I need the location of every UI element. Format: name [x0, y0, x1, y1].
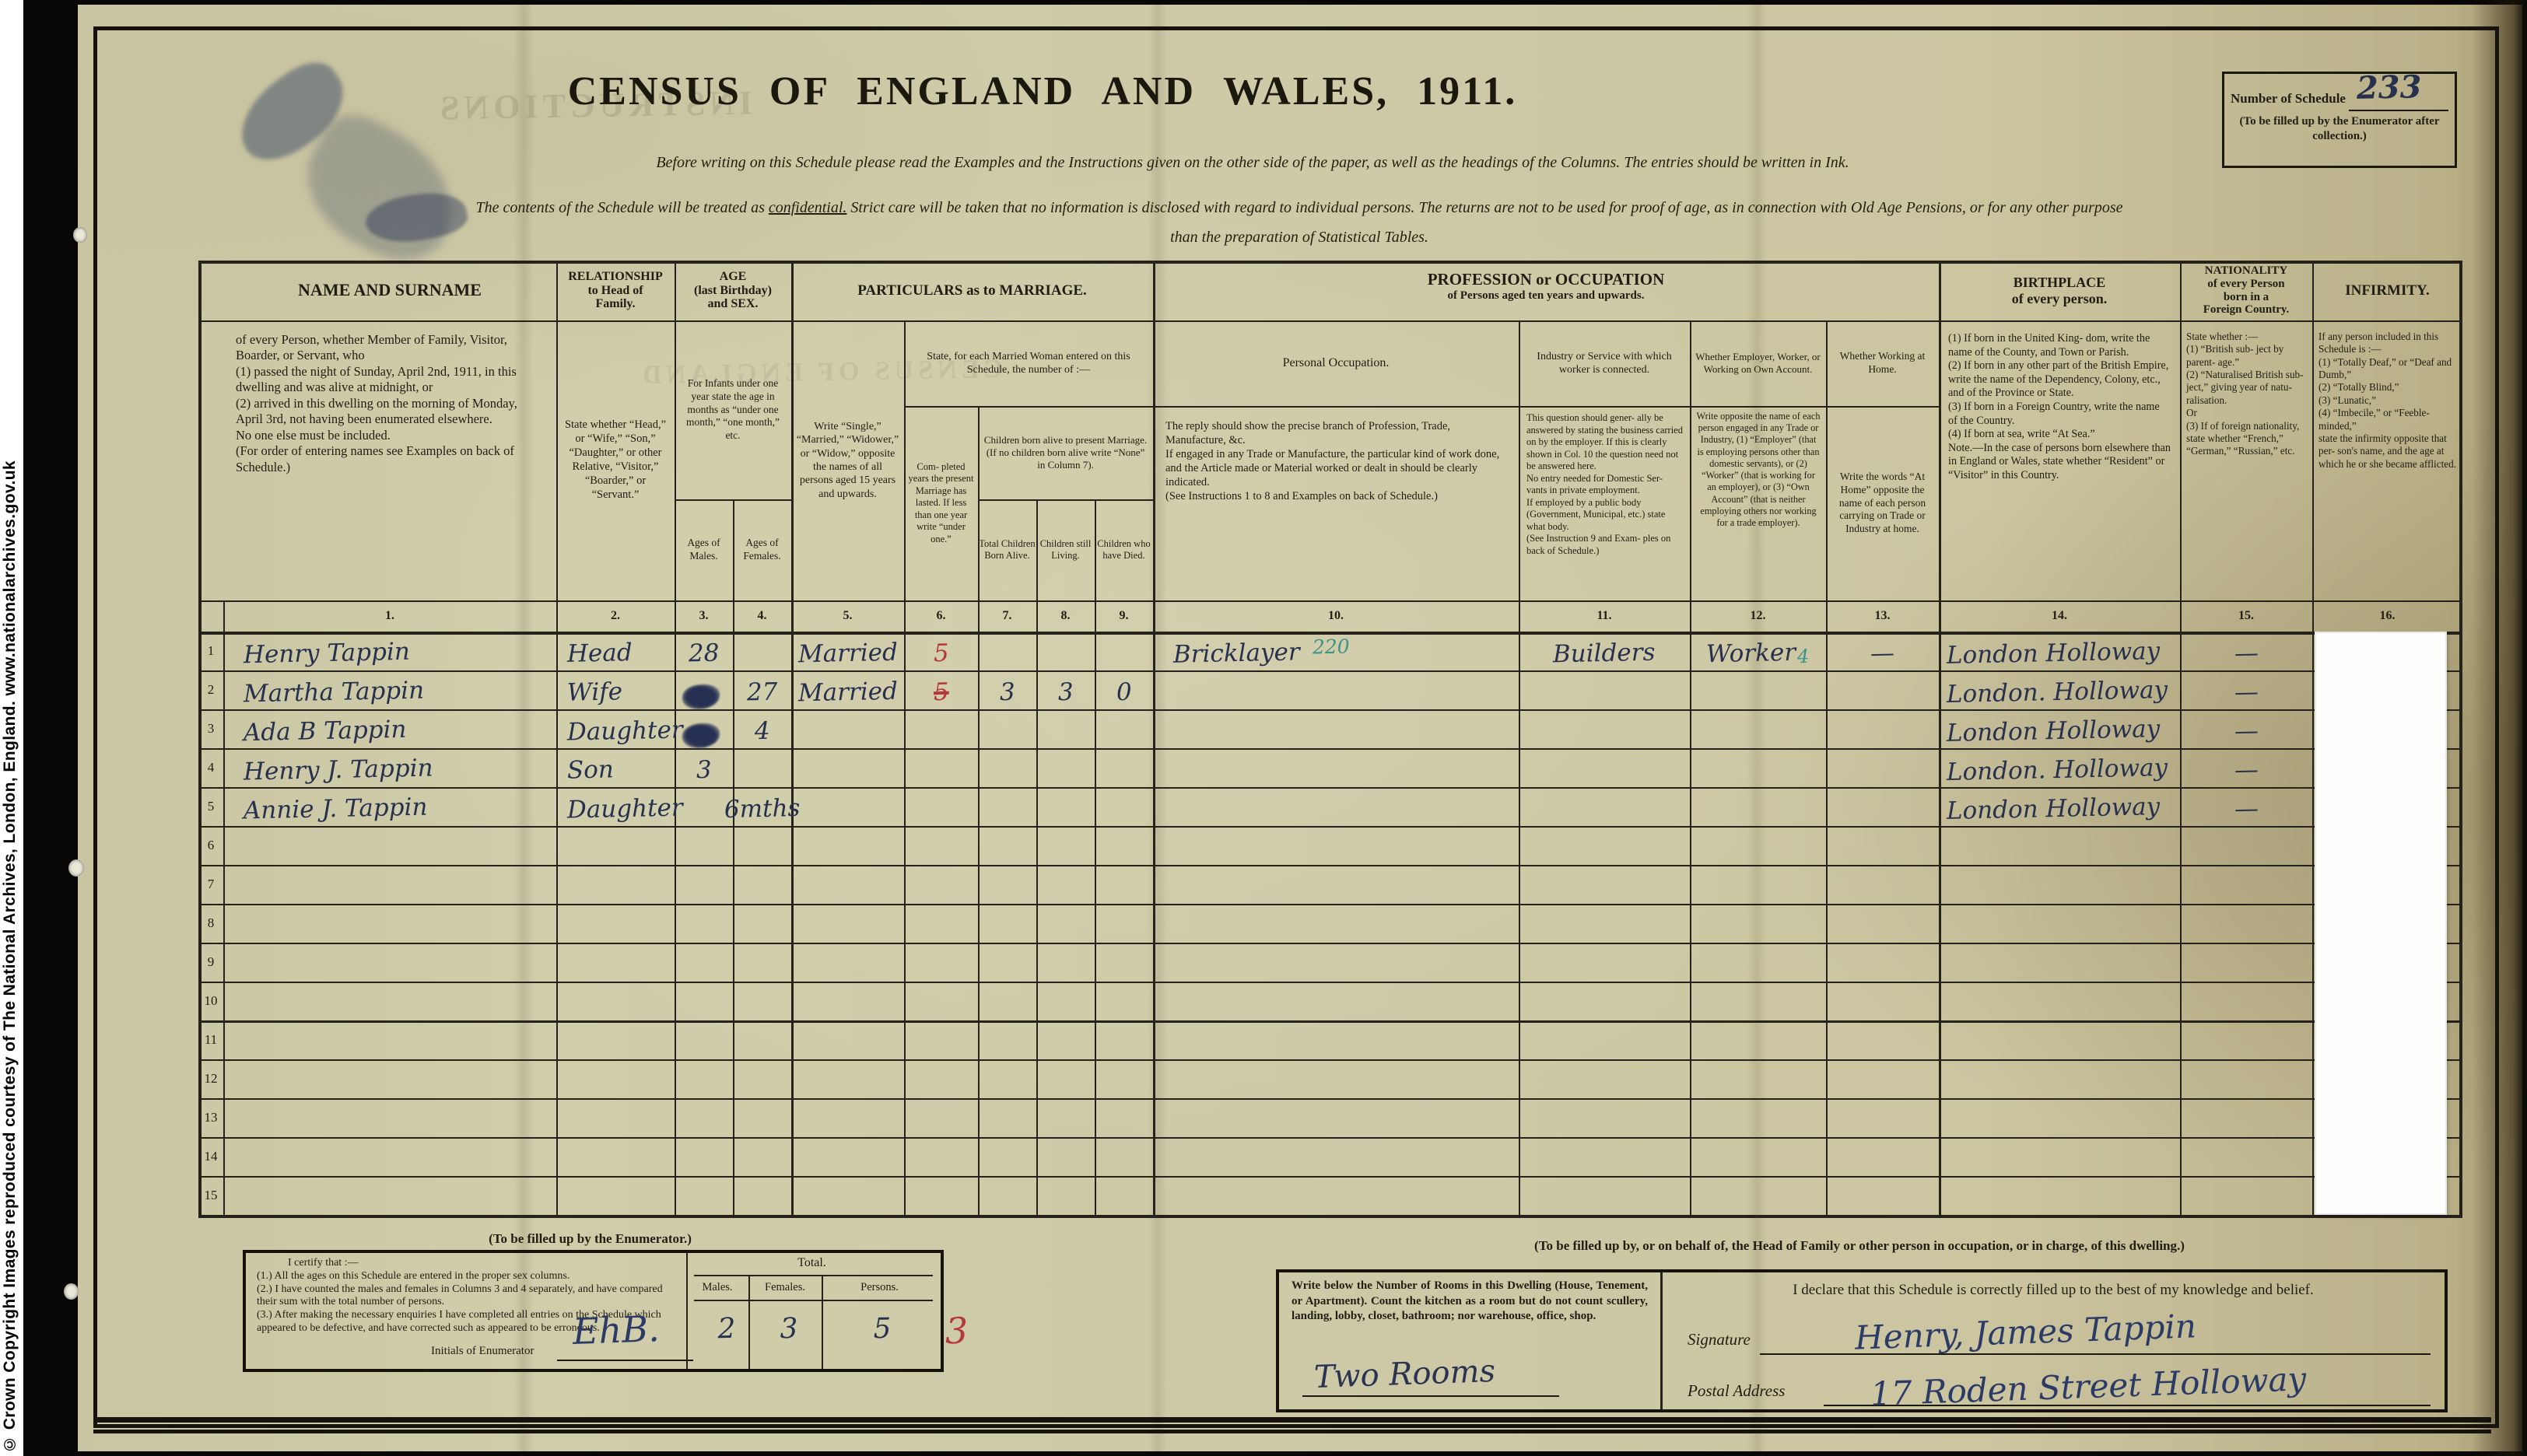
- cell-living: [1036, 709, 1095, 748]
- cell-at_home: [1826, 1137, 1939, 1176]
- table-hline: [978, 499, 1153, 501]
- handwritten-nationality: —: [2234, 797, 2259, 827]
- cell-age_m: [675, 1059, 733, 1098]
- ink-blot: [682, 684, 720, 709]
- desc-birthplace: (1) If born in the United King- dom, wri…: [1948, 332, 2171, 483]
- cell-age_m: [675, 982, 733, 1020]
- cell-died: [1095, 1098, 1153, 1137]
- cell-age_f: [733, 1059, 791, 1098]
- cell-years: [904, 1059, 978, 1098]
- cell-living: [1036, 943, 1095, 982]
- cell-age_f: [733, 865, 791, 904]
- column-number: 12.: [1690, 602, 1826, 630]
- cell-name: Henry J. Tappin: [223, 748, 577, 787]
- handwritten-marital: Married: [797, 680, 898, 711]
- cell-status: [1690, 670, 1826, 709]
- cell-occupation: [1153, 904, 1539, 943]
- cell-at_home: [1826, 943, 1939, 982]
- cell-birthplace: [1939, 865, 2188, 904]
- cell-industry: [1519, 787, 1690, 826]
- cell-born: [978, 865, 1036, 904]
- cell-age_f: [733, 943, 791, 982]
- cell-age_m: 3: [675, 748, 733, 787]
- cell-born: 3: [978, 670, 1036, 709]
- status-code: 4: [1797, 647, 1810, 670]
- ink-blot: [682, 723, 720, 748]
- declare-text: I declare that this Schedule is correctl…: [1672, 1282, 2434, 1299]
- cell-nationality: [2180, 982, 2312, 1020]
- cell-born: [978, 982, 1036, 1020]
- cell-nationality: [2180, 1020, 2312, 1059]
- handwritten-age_f: 27: [746, 681, 777, 710]
- cell-years: [904, 787, 978, 826]
- desc-name: of every Person, whether Member of Famil…: [236, 332, 545, 475]
- desc-employer-head: Whether Employer, Worker, or Working on …: [1694, 320, 1822, 406]
- cell-died: [1095, 632, 1153, 670]
- column-number: 15.: [2180, 602, 2312, 630]
- initials-signature: EhB.: [572, 1307, 660, 1353]
- cell-occupation: [1153, 1059, 1539, 1098]
- cell-n: 4: [198, 748, 223, 787]
- declaration-heading: (To be filled up by, or on behalf of, th…: [1276, 1238, 2443, 1254]
- cell-at_home: —: [1826, 632, 1939, 670]
- cell-n: 9: [198, 943, 223, 982]
- cell-living: [1036, 1059, 1095, 1098]
- table-hline: [198, 261, 2462, 264]
- cell-nationality: —: [2180, 709, 2312, 748]
- desc-relationship: State whether “Head,” or “Wife,” “Son,” …: [561, 320, 670, 600]
- cell-born: [978, 632, 1036, 670]
- cell-living: [1036, 904, 1095, 943]
- cell-age_m: [675, 1137, 733, 1176]
- totals-colline: [748, 1276, 750, 1369]
- cell-years: 5: [904, 632, 978, 670]
- cell-marital: [791, 826, 904, 865]
- cell-relationship: Daughter: [556, 709, 685, 748]
- cell-birthplace: [1939, 943, 2188, 982]
- cell-died: [1095, 787, 1153, 826]
- desc-age-infants: For Infants under one year state the age…: [678, 320, 788, 499]
- cell-birthplace: [1939, 1176, 2188, 1215]
- confidential-tail: than the preparation of Statistical Tabl…: [117, 229, 2482, 247]
- cell-born: [978, 1098, 1036, 1137]
- rooms-value: Two Rooms: [1313, 1353, 1495, 1395]
- cell-birthplace: [1939, 1020, 2188, 1059]
- persons-total: 5: [860, 1314, 905, 1348]
- cell-relationship: [556, 1176, 685, 1215]
- schedule-note: (To be filled up by the Enumerator after…: [2224, 114, 2455, 144]
- cell-age_m: [675, 826, 733, 865]
- column-number: 7.: [978, 602, 1036, 630]
- cell-n: 11: [198, 1020, 223, 1059]
- cell-years: [904, 904, 978, 943]
- handwritten-age_f: 4: [754, 719, 770, 748]
- cell-born: [978, 943, 1036, 982]
- cell-born: [978, 1059, 1036, 1098]
- profession-sub: of Persons aged ten years and upwards.: [1153, 289, 1939, 303]
- cell-age_f: [733, 1176, 791, 1215]
- handwritten-age_f: 6mths: [724, 796, 800, 827]
- cell-age_f: [733, 1137, 791, 1176]
- total-label: Total.: [686, 1256, 938, 1270]
- handwritten-age_m: 28: [688, 642, 719, 671]
- totals-divider: [686, 1253, 688, 1369]
- initials-label: Initials of Enumerator: [431, 1345, 534, 1358]
- schedule-number-label: Number of Schedule: [2231, 91, 2346, 107]
- cell-n: 1: [198, 632, 223, 670]
- cell-years: [904, 943, 978, 982]
- handwritten-name: Henry J. Tappin: [244, 756, 433, 789]
- cell-born: [978, 787, 1036, 826]
- handwritten-birthplace: London. Holloway: [1947, 678, 2168, 712]
- cell-marital: [791, 1098, 904, 1137]
- column-number: 11.: [1519, 602, 1690, 630]
- desc-industry-head: Industry or Service with which worker is…: [1523, 320, 1685, 406]
- cell-status: [1690, 826, 1826, 865]
- rooms-underline: [1302, 1395, 1559, 1397]
- cell-age_m: [675, 904, 733, 943]
- cell-years: [904, 1098, 978, 1137]
- col-group-nationality: NATIONALITY of every Person born in a Fo…: [2180, 261, 2312, 320]
- cell-nationality: —: [2180, 632, 2312, 670]
- handwritten-relationship: Daughter: [567, 718, 683, 749]
- cell-born: [978, 826, 1036, 865]
- desc-married-woman: State, for each Married Woman entered on…: [909, 320, 1148, 406]
- cell-industry: Builders: [1519, 632, 1690, 670]
- cell-died: 0: [1095, 670, 1153, 709]
- cell-living: [1036, 1020, 1095, 1059]
- cell-living: [1036, 1098, 1095, 1137]
- cell-status: [1690, 1137, 1826, 1176]
- cell-age_f: 6mths: [733, 787, 791, 826]
- cell-name: Ada B Tappin: [223, 709, 577, 748]
- cell-marital: [791, 904, 904, 943]
- cell-nationality: [2180, 943, 2312, 982]
- col-group-marriage: PARTICULARS as to MARRIAGE.: [791, 261, 1153, 320]
- cell-name: [223, 982, 577, 1020]
- cell-industry: [1519, 1059, 1690, 1098]
- cell-died: [1095, 943, 1153, 982]
- cell-marital: [791, 748, 904, 787]
- cell-age_f: [733, 1098, 791, 1137]
- cell-birthplace: London Holloway: [1939, 787, 2188, 826]
- cell-industry: [1519, 1176, 1690, 1215]
- cell-industry: [1519, 826, 1690, 865]
- cell-status: [1690, 748, 1826, 787]
- cell-name: Henry Tappin: [223, 632, 577, 670]
- cell-industry: [1519, 904, 1690, 943]
- cell-nationality: [2180, 826, 2312, 865]
- cell-relationship: [556, 904, 685, 943]
- cell-occupation: [1153, 1176, 1539, 1215]
- cell-n: 10: [198, 982, 223, 1020]
- initials-underline: [557, 1360, 693, 1361]
- desc-personal-occupation: Personal Occupation.: [1153, 320, 1519, 406]
- cell-marital: Married: [791, 670, 904, 709]
- cell-n: 7: [198, 865, 223, 904]
- cell-name: [223, 1137, 577, 1176]
- rooms-instruction: Write below the Number of Rooms in this …: [1292, 1279, 1648, 1325]
- cell-status: [1690, 904, 1826, 943]
- cell-age_f: [733, 982, 791, 1020]
- table-hline: [904, 406, 1939, 408]
- confidential-post: Strict care will be taken that no inform…: [846, 199, 2122, 216]
- cell-occupation: [1153, 748, 1539, 787]
- column-number: 16.: [2312, 602, 2462, 630]
- cell-died: [1095, 748, 1153, 787]
- cell-industry: [1519, 1098, 1690, 1137]
- cell-marital: [791, 1137, 904, 1176]
- cell-status: Worker4: [1690, 632, 1826, 670]
- cell-marital: [791, 709, 904, 748]
- schedule-underline: [2349, 110, 2448, 111]
- desc-infirmity: If any person included in this Schedule …: [2318, 331, 2457, 471]
- cell-marital: [791, 787, 904, 826]
- col-group-relationship: RELATIONSHIP to Head of Family.: [556, 261, 675, 320]
- desc-occupation: The reply should show the precise branch…: [1165, 420, 1506, 504]
- cell-occupation: [1153, 709, 1539, 748]
- cell-industry: [1519, 1137, 1690, 1176]
- cell-n: 8: [198, 904, 223, 943]
- males-total: 2: [705, 1314, 749, 1348]
- cell-relationship: [556, 1098, 685, 1137]
- cell-marital: [791, 982, 904, 1020]
- cell-years: [904, 1020, 978, 1059]
- cell-n: 3: [198, 709, 223, 748]
- cell-died: [1095, 1176, 1153, 1215]
- cell-years: [904, 826, 978, 865]
- cell-born: [978, 709, 1036, 748]
- cell-at_home: [1826, 865, 1939, 904]
- cell-status: [1690, 1020, 1826, 1059]
- cell-birthplace: London. Holloway: [1939, 670, 2188, 709]
- cell-died: [1095, 1059, 1153, 1098]
- cell-living: [1036, 748, 1095, 787]
- table-hline: [675, 499, 791, 501]
- handwritten-birthplace: London Holloway: [1947, 639, 2161, 673]
- table-hline: [198, 320, 2462, 322]
- cell-name: [223, 1176, 577, 1215]
- females-total: 3: [767, 1314, 811, 1348]
- cell-years: [904, 709, 978, 748]
- cell-marital: [791, 1020, 904, 1059]
- cell-status: [1690, 943, 1826, 982]
- cell-birthplace: [1939, 1137, 2188, 1176]
- cell-relationship: [556, 943, 685, 982]
- cell-age_m: [675, 943, 733, 982]
- cell-age_f: 4: [733, 709, 791, 748]
- cell-marital: [791, 943, 904, 982]
- cell-name: Annie J. Tappin: [223, 787, 577, 826]
- cell-birthplace: [1939, 982, 2188, 1020]
- cell-status: [1690, 709, 1826, 748]
- postal-address-label: Postal Address: [1688, 1381, 1785, 1401]
- desc-age-males: Ages of Males.: [675, 499, 733, 600]
- table-hline: [198, 1215, 2462, 1218]
- cell-born: [978, 1137, 1036, 1176]
- cell-age_m: [675, 1020, 733, 1059]
- bottom-rule: [93, 1430, 2491, 1433]
- handwritten-relationship: Wife: [567, 680, 623, 709]
- cell-years: [904, 1176, 978, 1215]
- red-check-numeral: 3: [945, 1313, 968, 1354]
- signature-label: Signature: [1688, 1330, 1751, 1349]
- cell-n: 13: [198, 1098, 223, 1137]
- handwritten-name: Annie J. Tappin: [244, 796, 428, 828]
- col-group-birthplace: BIRTHPLACE of every person.: [1939, 261, 2180, 320]
- cell-nationality: [2180, 865, 2312, 904]
- cell-n: 12: [198, 1059, 223, 1098]
- cell-birthplace: [1939, 1098, 2188, 1137]
- handwritten-age_m: 3: [696, 758, 712, 787]
- totals-rule: [694, 1300, 933, 1301]
- column-number: 13.: [1826, 602, 1939, 630]
- desc-industry: This question should gener- ally be answ…: [1526, 412, 1684, 557]
- col-group-infirmity: INFIRMITY.: [2312, 261, 2462, 320]
- cell-name: [223, 826, 577, 865]
- females-label: Females.: [748, 1281, 822, 1294]
- cell-birthplace: [1939, 826, 2188, 865]
- cell-occupation: [1153, 982, 1539, 1020]
- cell-at_home: [1826, 1059, 1939, 1098]
- cell-died: [1095, 865, 1153, 904]
- cell-living: [1036, 787, 1095, 826]
- cell-name: Martha Tappin: [223, 670, 577, 709]
- certify-line-2: (2.) I have counted the males and female…: [257, 1283, 677, 1310]
- cell-living: [1036, 865, 1095, 904]
- cell-at_home: [1826, 826, 1939, 865]
- cell-age_f: [733, 826, 791, 865]
- cell-died: [1095, 904, 1153, 943]
- cell-marital: [791, 1059, 904, 1098]
- column-number: 5.: [791, 602, 904, 630]
- handwritten-nationality: —: [2234, 719, 2259, 749]
- cell-status: [1690, 1059, 1826, 1098]
- cell-at_home: [1826, 787, 1939, 826]
- cell-born: [978, 748, 1036, 787]
- cell-at_home: [1826, 1176, 1939, 1215]
- cell-years: [904, 982, 978, 1020]
- cell-nationality: [2180, 1098, 2312, 1137]
- handwritten-status: Worker: [1706, 641, 1796, 671]
- cell-born: [978, 1020, 1036, 1059]
- desc-still-living: Children still Living.: [1036, 499, 1095, 600]
- handwritten-years: 5: [933, 642, 949, 670]
- page-title: CENSUS OF ENGLAND AND WALES, 1911.: [335, 68, 1751, 114]
- desc-years-married: Com- pleted years the present Marriage h…: [906, 406, 976, 600]
- cell-died: [1095, 1020, 1153, 1059]
- persons-label: Persons.: [822, 1281, 938, 1294]
- cell-name: [223, 904, 577, 943]
- desc-athome: Write the words “At Home” opposite the n…: [1830, 406, 1935, 600]
- cell-industry: [1519, 709, 1690, 748]
- cell-relationship: Son: [556, 748, 685, 787]
- cell-birthplace: [1939, 904, 2188, 943]
- cell-occupation: [1153, 670, 1539, 709]
- handwritten-nationality: —: [2234, 681, 2259, 710]
- cell-years: [904, 1137, 978, 1176]
- cell-living: [1036, 632, 1095, 670]
- profession-title: PROFESSION or OCCUPATION: [1153, 261, 1939, 289]
- cell-status: [1690, 865, 1826, 904]
- cell-living: [1036, 826, 1095, 865]
- cell-age_m: 28: [675, 632, 733, 670]
- column-number: 4.: [733, 602, 791, 630]
- desc-children-group: Children born alive to present Marriage.…: [983, 406, 1148, 499]
- redaction-block: [2316, 633, 2445, 1213]
- cell-relationship: [556, 865, 685, 904]
- handwritten-industry: Builders: [1553, 641, 1656, 672]
- confidential-word: confidential.: [769, 199, 847, 216]
- certify-line-1: (1.) All the ages on this Schedule are e…: [257, 1270, 677, 1283]
- copyright-text: © Crown Copyright Images reproduced cour…: [1, 460, 19, 1453]
- census-scan-page: INSTRUCTIONS CENSUS OF ENGLAND © Crown C…: [0, 0, 2527, 1456]
- handwritten-marital: Married: [797, 641, 898, 672]
- enumerator-heading: (To be filled up by the Enumerator.): [243, 1231, 938, 1247]
- cell-name: [223, 1098, 577, 1137]
- handwritten-died: 0: [1116, 681, 1132, 709]
- handwritten-name: Ada B Tappin: [244, 718, 407, 750]
- cell-n: 2: [198, 670, 223, 709]
- certify-intro: I certify that :—: [257, 1257, 677, 1270]
- cell-years: [904, 865, 978, 904]
- cell-birthplace: London Holloway: [1939, 632, 2188, 670]
- cell-nationality: [2180, 1137, 2312, 1176]
- cell-died: [1095, 982, 1153, 1020]
- cell-at_home: [1826, 709, 1939, 748]
- cell-status: [1690, 787, 1826, 826]
- cell-at_home: [1826, 748, 1939, 787]
- handwritten-nationality: —: [2234, 758, 2259, 788]
- cell-status: [1690, 982, 1826, 1020]
- cell-n: 14: [198, 1137, 223, 1176]
- cell-industry: [1519, 943, 1690, 982]
- cell-n: 6: [198, 826, 223, 865]
- cell-relationship: [556, 1059, 685, 1098]
- signature-value: Henry, James Tappin: [1854, 1307, 2196, 1356]
- cell-occupation: [1153, 1020, 1539, 1059]
- column-number: 10.: [1153, 602, 1519, 630]
- cell-name: [223, 1059, 577, 1098]
- punch-hole: [73, 227, 87, 243]
- handwritten-birthplace: London Holloway: [1947, 795, 2161, 828]
- cell-nationality: [2180, 1176, 2312, 1215]
- cell-age_m: [675, 1098, 733, 1137]
- handwritten-relationship: Head: [567, 641, 633, 671]
- cell-age_m: [675, 709, 733, 748]
- column-number: 3.: [675, 602, 733, 630]
- col-group-name: NAME AND SURNAME: [223, 261, 556, 320]
- cell-status: [1690, 1176, 1826, 1215]
- handwritten-name: Henry Tappin: [244, 640, 411, 672]
- cell-relationship: [556, 1020, 685, 1059]
- cell-nationality: —: [2180, 748, 2312, 787]
- column-number: 1.: [223, 602, 556, 630]
- desc-nationality: State whether :— (1) “British sub- ject …: [2186, 331, 2306, 458]
- handwritten-at_home: —: [1870, 642, 1895, 671]
- desc-age-females: Ages of Females.: [733, 499, 791, 600]
- bottom-rule: [93, 1417, 2491, 1423]
- cell-occupation: Bricklayer220: [1153, 632, 1539, 670]
- cell-industry: [1519, 748, 1690, 787]
- males-label: Males.: [686, 1281, 748, 1294]
- cell-died: [1095, 1137, 1153, 1176]
- totals-colline: [822, 1276, 823, 1369]
- cell-age_f: [733, 632, 791, 670]
- cell-living: [1036, 982, 1095, 1020]
- instruction-line: Before writing on this Schedule please r…: [233, 154, 2272, 172]
- handwritten-relationship: Son: [567, 758, 615, 787]
